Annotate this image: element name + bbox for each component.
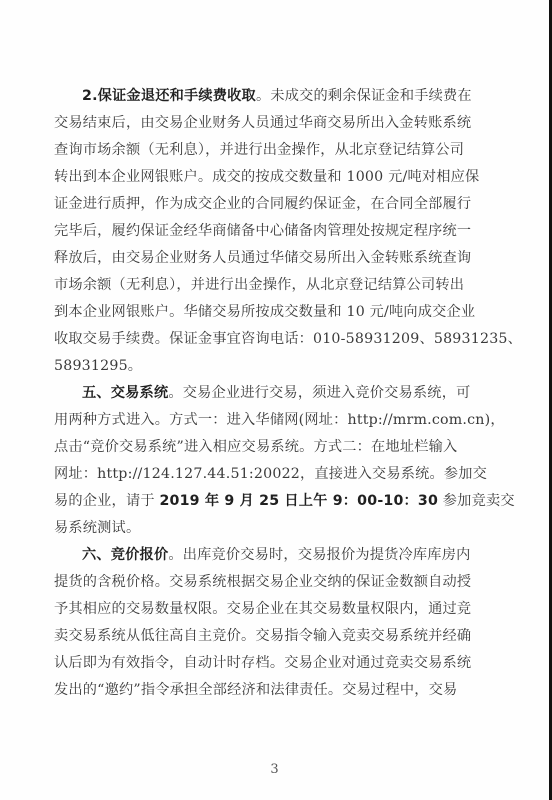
paragraph-line: 2.保证金退还和手续费收取。未成交的剩余保证金和手续费在	[82, 86, 456, 106]
section-heading: 五、交易系统	[82, 385, 168, 401]
paragraph-line: 五、交易系统。交易企业进行交易，须进入竞价交易系统，可	[82, 383, 456, 403]
section-heading: 六、竞价报价	[82, 547, 168, 563]
paragraph-line: 到本企业网银账户。华储交易所按成交数量和 10 元/吨向成交企业	[54, 302, 456, 322]
paragraph-line: 收取交易手续费。保证金事宜咨询电话：010-58931209、58931235、	[54, 329, 456, 349]
paragraph-line: 提货的含税价格。交易系统根据交易企业交纳的保证金数额自动授	[54, 572, 456, 592]
paragraph-line: 卖交易系统从低往高自主竞价。交易指令输入竞卖交易系统并经确	[54, 626, 456, 646]
paragraph-line: 六、竞价报价。出库竞价交易时，交易报价为提货冷库库房内	[82, 545, 456, 565]
paragraph-line: 证金进行质押，作为成交企业的合同履约保证金，在合同全部履行	[54, 194, 456, 214]
paragraph-line: 交易结束后，由交易企业财务人员通过华商交易所出入金转账系统	[54, 113, 456, 133]
test-datetime: 2019 年 9 月 25 日上午 9：00-10：30	[159, 493, 438, 509]
paragraph-line: 完毕后，履约保证金经华商储备中心储备肉管理处按规定程序统一	[54, 221, 456, 241]
paragraph-line: 查询市场余额（无利息），并进行出金操作，从北京登记结算公司	[54, 140, 456, 160]
paragraph-line: 认后即为有效指令，自动计时存档。交易企业对通过竞卖交易系统	[54, 653, 456, 673]
paragraph-heading: 2.保证金退还和手续费收取	[82, 88, 256, 104]
page-number: 3	[0, 762, 549, 777]
paragraph-line: 发出的“邀约”指令承担全部经济和法律责任。交易过程中，交易	[54, 680, 456, 700]
paragraph-line: 58931295。	[54, 356, 456, 376]
paragraph-line: 易的企业，请于 2019 年 9 月 25 日上午 9：00-10：30 参加竞…	[54, 491, 456, 511]
paragraph-line: 用两种方式进入。方式一：进入华储网(网址：http://mrm.com.cn)，	[54, 410, 456, 430]
paragraph-line: 网址：http://124.127.44.51:20022，直接进入交易系统。参…	[54, 464, 456, 484]
paragraph-line: 点击“竞价交易系统”进入相应交易系统。方式二：在地址栏输入	[54, 437, 456, 457]
paragraph-line: 释放后，由交易企业财务人员通过华储交易所出入金转账系统查询	[54, 248, 456, 268]
paragraph-line: 予其相应的交易数量权限。交易企业在其交易数量权限内，通过竞	[54, 599, 456, 619]
document-page: 2.保证金退还和手续费收取。未成交的剩余保证金和手续费在 交易结束后，由交易企业…	[0, 0, 549, 800]
paragraph-line: 转出到本企业网银账户。成交的按成交数量和 1000 元/吨对相应保	[54, 167, 456, 187]
paragraph-line: 市场余额（无利息），并进行出金操作，从北京登记结算公司转出	[54, 275, 456, 295]
paragraph-line: 易系统测试。	[54, 518, 456, 538]
